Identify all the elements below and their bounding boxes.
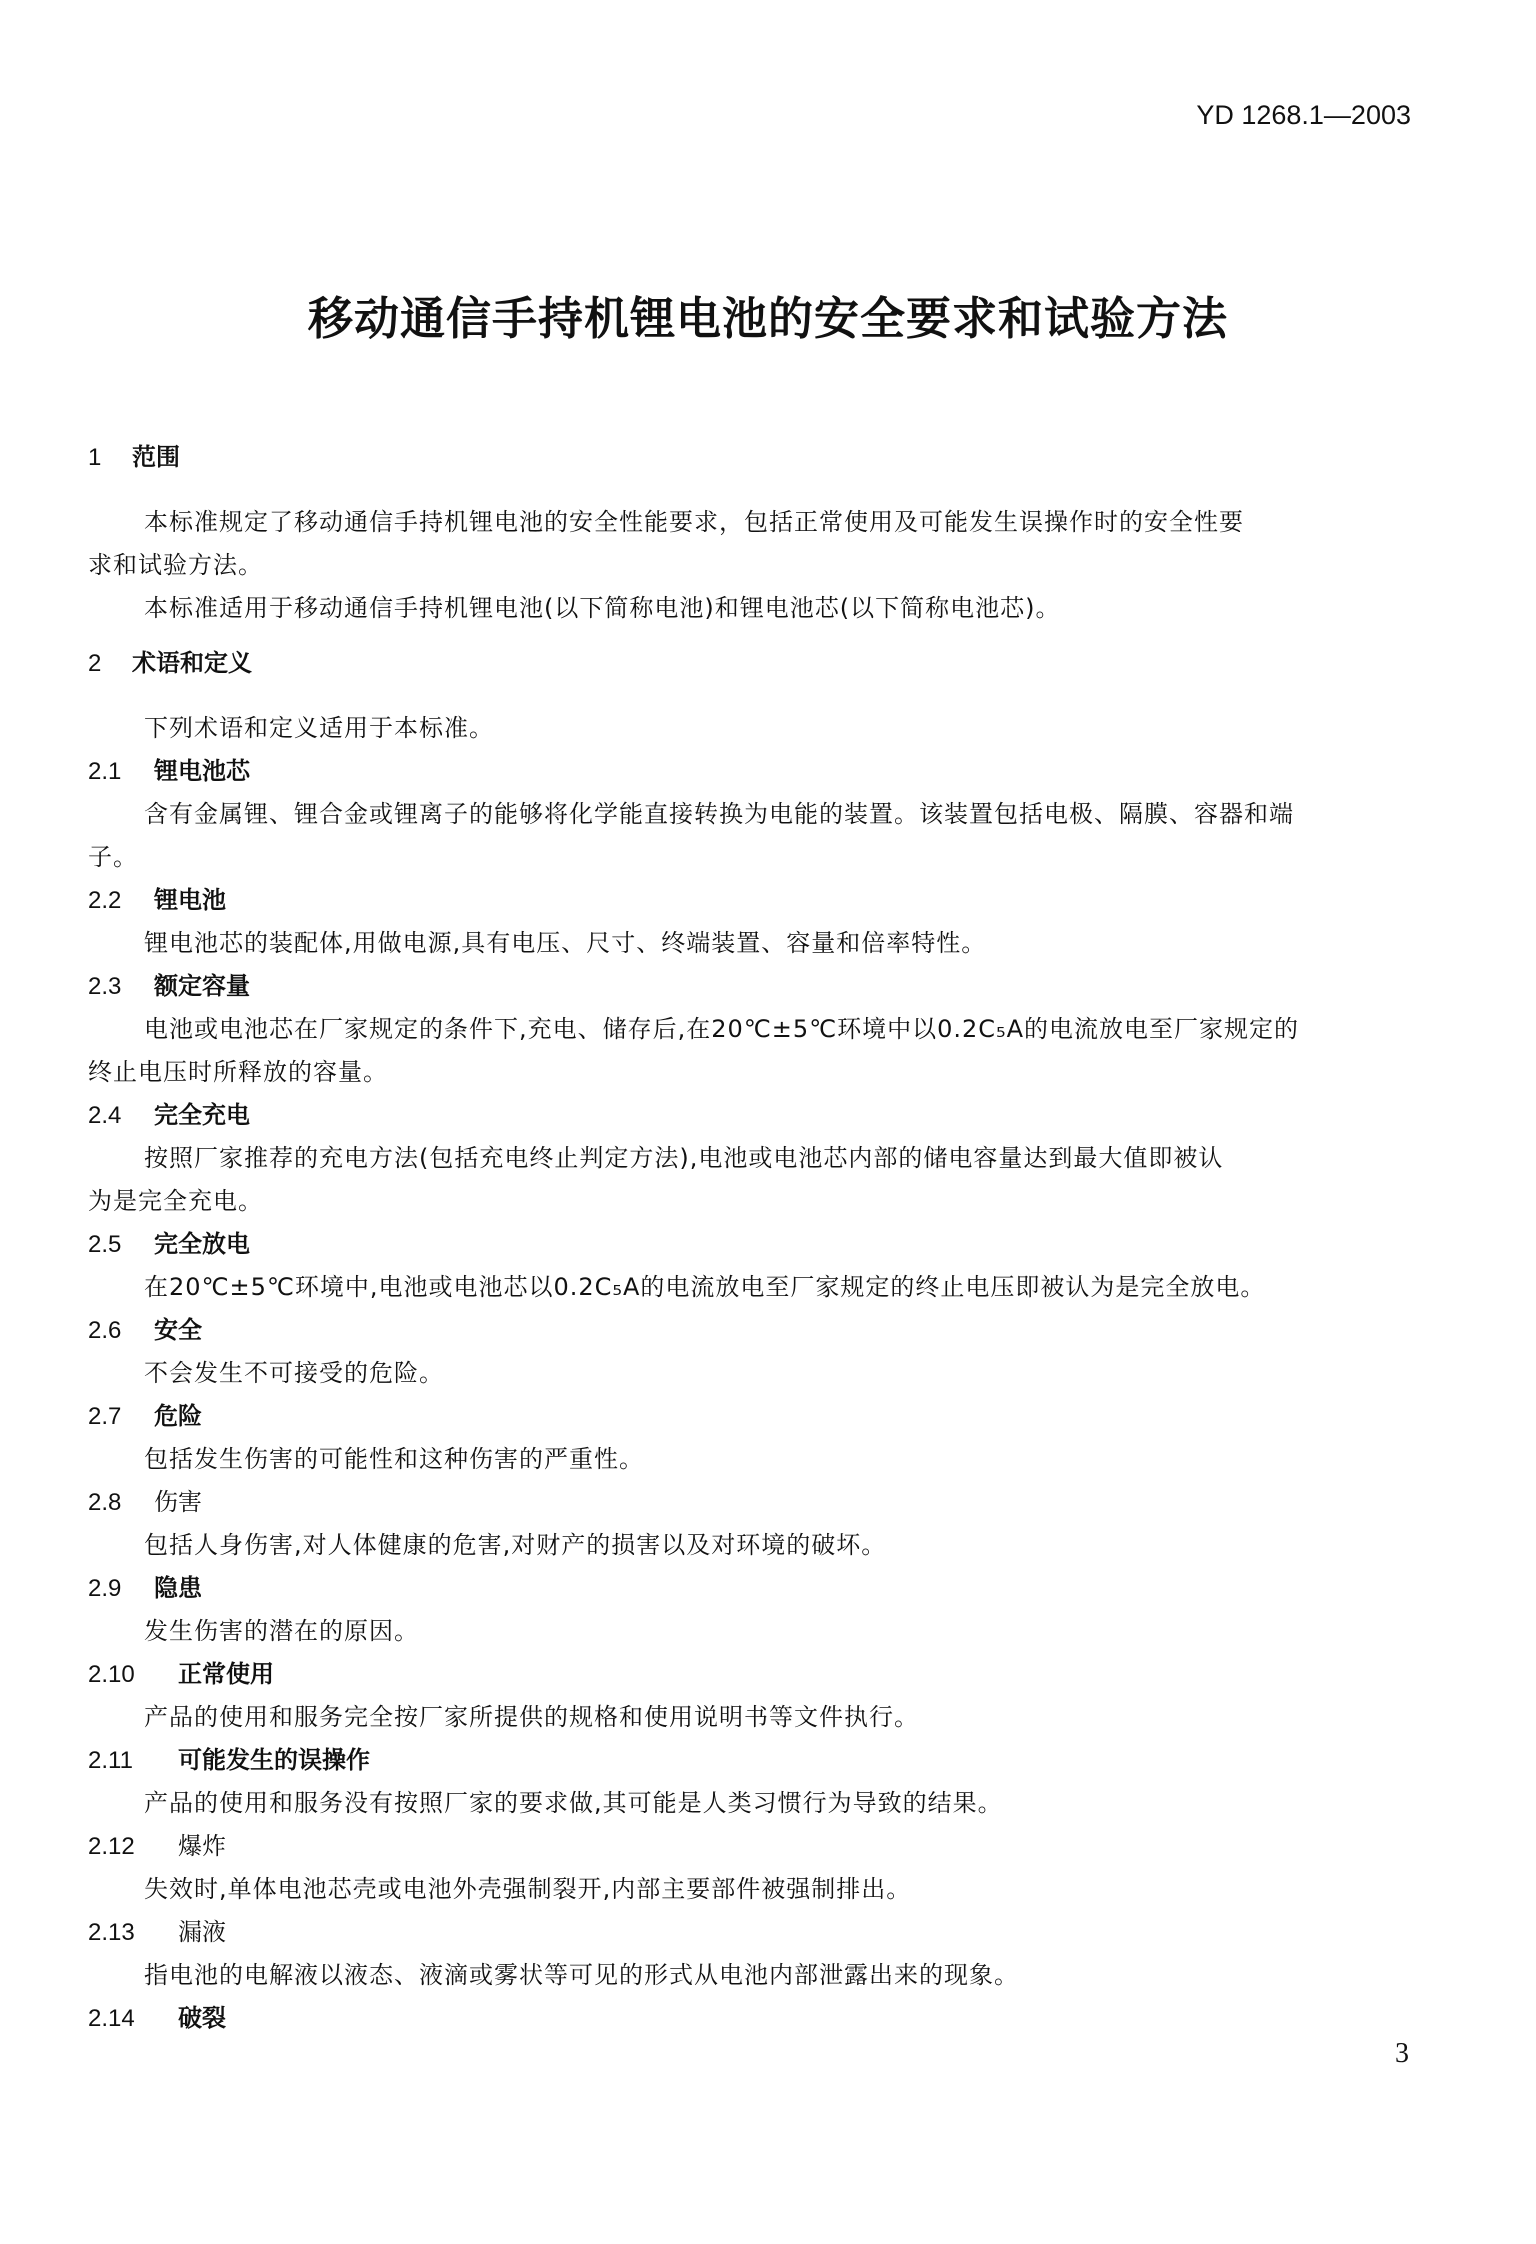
term-heading: 2.7危险 [88,1395,1418,1438]
paragraph-line: 求和试验方法。 [88,544,1418,587]
term-number: 2.8 [88,1481,154,1524]
term-number: 2.9 [88,1567,154,1610]
section-title: 范围 [132,443,180,471]
document-body: 1范围 本标准规定了移动通信手持机锂电池的安全性能要求，包括正常使用及可能发生误… [88,436,1418,2040]
section-number: 2 [88,642,132,685]
term-title: 正常使用 [178,1660,274,1688]
definition-line: 终止电压时所释放的容量。 [88,1051,1418,1094]
definition-line: 产品的使用和服务没有按照厂家的要求做,其可能是人类习惯行为导致的结果。 [88,1782,1418,1825]
section-heading-1: 1范围 [88,436,1418,479]
definition-line: 电池或电池芯在厂家规定的条件下,充电、储存后,在20℃±5℃环境中以0.2C₅A… [88,1008,1418,1051]
term-title: 完全充电 [154,1101,250,1129]
term-title: 完全放电 [154,1230,250,1258]
term-heading: 2.10正常使用 [88,1653,1418,1696]
term-heading: 2.8伤害 [88,1481,1418,1524]
term-heading: 2.2锂电池 [88,879,1418,922]
document-title: 移动通信手持机锂电池的安全要求和试验方法 [0,282,1536,347]
definition-line: 在20℃±5℃环境中,电池或电池芯以0.2C₅A的电流放电至厂家规定的终止电压即… [88,1266,1418,1309]
term-title: 安全 [154,1316,202,1344]
term-heading: 2.11可能发生的误操作 [88,1739,1418,1782]
paragraph-line: 本标准规定了移动通信手持机锂电池的安全性能要求，包括正常使用及可能发生误操作时的… [88,501,1418,544]
definition-line: 含有金属锂、锂合金或锂离子的能够将化学能直接转换为电能的装置。该装置包括电极、隔… [88,793,1418,836]
definition-line: 为是完全充电。 [88,1180,1418,1223]
term-title: 额定容量 [154,972,250,1000]
term-title: 漏液 [178,1918,226,1946]
term-title: 锂电池 [154,886,226,914]
definition-line: 失效时,单体电池芯壳或电池外壳强制裂开,内部主要部件被强制排出。 [88,1868,1418,1911]
term-number: 2.11 [88,1739,178,1782]
term-title: 伤害 [154,1488,202,1516]
definition-line: 子。 [88,836,1418,879]
paragraph-line: 下列术语和定义适用于本标准。 [88,707,1418,750]
definition-line: 锂电池芯的装配体,用做电源,具有电压、尺寸、终端装置、容量和倍率特性。 [88,922,1418,965]
term-title: 可能发生的误操作 [178,1746,370,1774]
term-heading: 2.12爆炸 [88,1825,1418,1868]
term-number: 2.2 [88,879,154,922]
term-number: 2.4 [88,1094,154,1137]
term-number: 2.3 [88,965,154,1008]
term-heading: 2.4完全充电 [88,1094,1418,1137]
term-number: 2.1 [88,750,154,793]
term-heading: 2.13漏液 [88,1911,1418,1954]
term-number: 2.13 [88,1911,178,1954]
standard-code: YD 1268.1—2003 [1196,100,1411,131]
term-number: 2.6 [88,1309,154,1352]
definition-line: 按照厂家推荐的充电方法(包括充电终止判定方法),电池或电池芯内部的储电容量达到最… [88,1137,1418,1180]
term-number: 2.10 [88,1653,178,1696]
term-heading: 2.9隐患 [88,1567,1418,1610]
definition-line: 包括人身伤害,对人体健康的危害,对财产的损害以及对环境的破坏。 [88,1524,1418,1567]
definition-line: 包括发生伤害的可能性和这种伤害的严重性。 [88,1438,1418,1481]
term-title: 破裂 [178,2004,226,2032]
definition-line: 发生伤害的潜在的原因。 [88,1610,1418,1653]
term-heading: 2.1锂电池芯 [88,750,1418,793]
term-heading: 2.5完全放电 [88,1223,1418,1266]
term-number: 2.5 [88,1223,154,1266]
definition-line: 产品的使用和服务完全按厂家所提供的规格和使用说明书等文件执行。 [88,1696,1418,1739]
term-title: 隐患 [154,1574,202,1602]
term-title: 危险 [154,1402,202,1430]
term-title: 爆炸 [178,1832,226,1860]
term-heading: 2.6安全 [88,1309,1418,1352]
term-number: 2.14 [88,1997,178,2040]
term-number: 2.7 [88,1395,154,1438]
section-number: 1 [88,436,132,479]
definition-line: 不会发生不可接受的危险。 [88,1352,1418,1395]
paragraph-line: 本标准适用于移动通信手持机锂电池(以下简称电池)和锂电池芯(以下简称电池芯)。 [88,587,1418,630]
term-heading: 2.14破裂 [88,1997,1418,2040]
term-heading: 2.3额定容量 [88,965,1418,1008]
term-number: 2.12 [88,1825,178,1868]
section-heading-2: 2术语和定义 [88,642,1418,685]
definition-line: 指电池的电解液以液态、液滴或雾状等可见的形式从电池内部泄露出来的现象。 [88,1954,1418,1997]
term-title: 锂电池芯 [154,757,250,785]
section-title: 术语和定义 [132,649,252,677]
page-number: 3 [1395,2038,1409,2070]
